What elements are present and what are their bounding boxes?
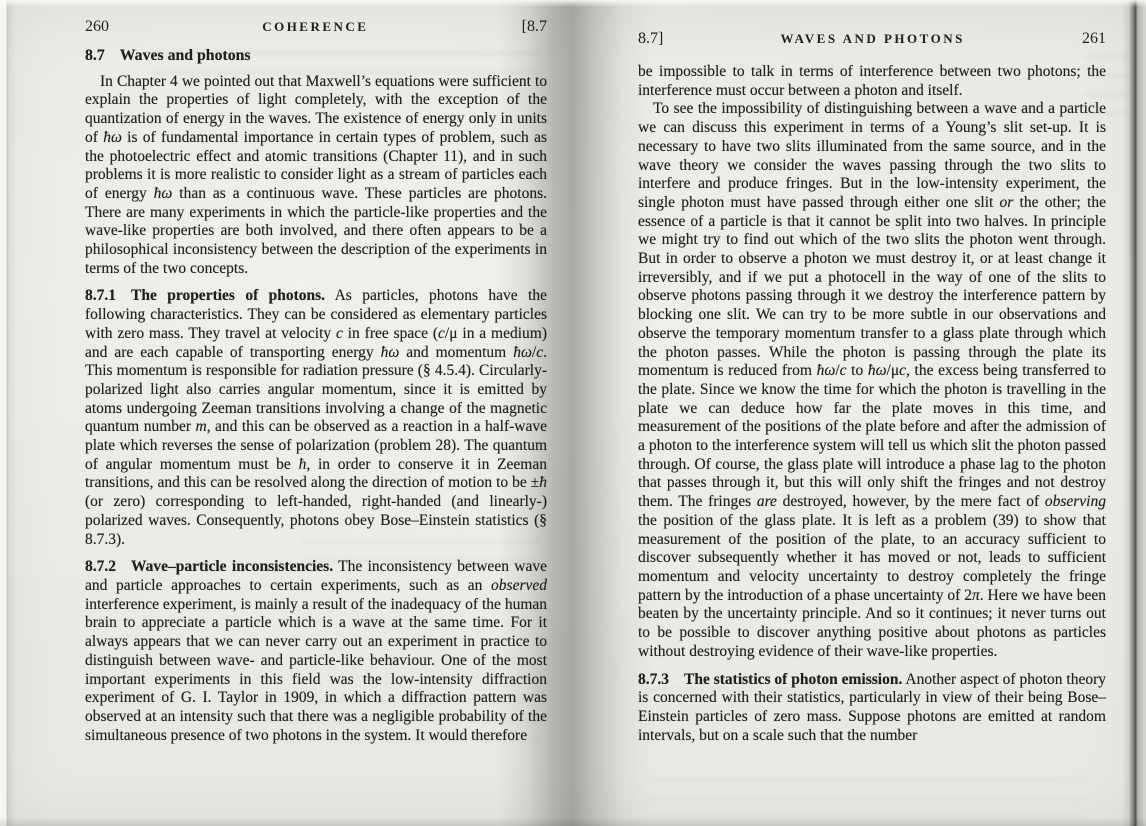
bleed-through-smudge	[645, 778, 1085, 818]
left-section-ref: [8.7	[522, 18, 547, 36]
paragraph: To see the impossibility of distinguishi…	[638, 100, 1106, 661]
section-paragraph: 8.7.3The statistics of photon emission. …	[638, 671, 1106, 746]
left-running-header: COHERENCE	[262, 19, 368, 35]
left-page: 260 COHERENCE [8.7 8.7Waves and photonsI…	[85, 18, 547, 745]
paragraph: In Chapter 4 we pointed out that Maxwell…	[85, 73, 547, 279]
right-page-body: be impossible to talk in terms of interf…	[638, 63, 1106, 745]
section-heading: 8.7Waves and photons	[85, 47, 547, 66]
right-page-number: 261	[1082, 30, 1106, 48]
scan-edge-left	[0, 0, 16, 826]
right-page-header: 8.7] WAVES AND PHOTONS 261	[638, 30, 1106, 48]
book-scan: 260 COHERENCE [8.7 8.7Waves and photonsI…	[0, 0, 1146, 826]
scan-edge-top	[0, 0, 1146, 7]
right-running-header: WAVES AND PHOTONS	[780, 31, 964, 47]
section-paragraph: 8.7.2Wave–particle inconsistencies. The …	[85, 558, 547, 745]
right-section-ref: 8.7]	[638, 30, 663, 48]
scan-edge-right	[1122, 0, 1146, 826]
left-page-number: 260	[85, 18, 109, 36]
paragraph: be impossible to talk in terms of interf…	[638, 63, 1106, 100]
scan-edge-bottom	[0, 817, 1146, 826]
left-page-body: 8.7Waves and photonsIn Chapter 4 we poin…	[85, 47, 547, 745]
section-paragraph: 8.7.1The properties of photons. As parti…	[85, 287, 547, 549]
right-page: 8.7] WAVES AND PHOTONS 261 be impossible…	[638, 30, 1106, 745]
left-page-header: 260 COHERENCE [8.7	[85, 18, 547, 36]
